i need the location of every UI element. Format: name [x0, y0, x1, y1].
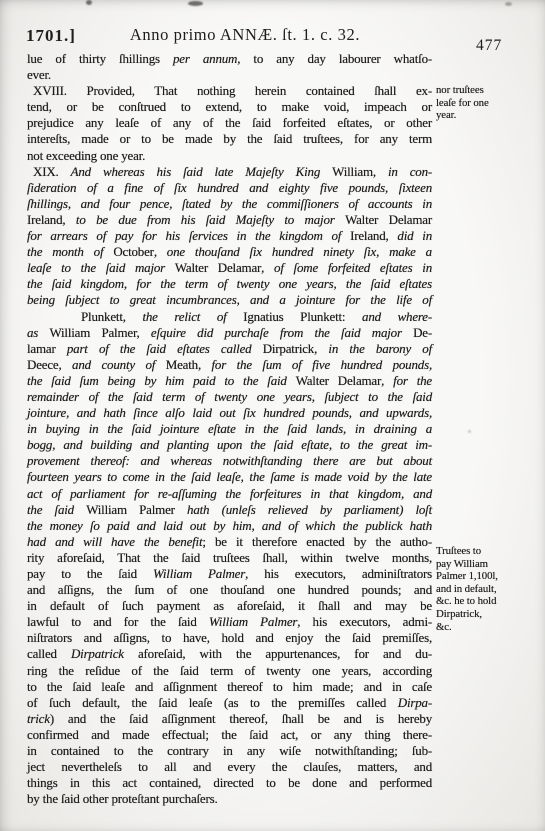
margin-note-line: Truſtees to [436, 545, 542, 558]
text-line: fourteen years to come in the ſaid leaſe… [27, 469, 432, 485]
text-line: in default of ſuch payment as aforeſaid,… [27, 598, 432, 614]
text-line: ſideration of a fine of ſix hundred and … [27, 180, 432, 196]
text-line: ring the reſidue of the ſaid term of twe… [27, 663, 432, 679]
text-line: of ſuch default, the ſaid leaſe (as to t… [27, 695, 432, 711]
margin-note-line: and in default, [436, 583, 542, 596]
text-line: niſtrators and aſſigns, to have, hold an… [27, 630, 432, 646]
text-line: lawful to and for the ſaid William Palme… [27, 614, 432, 630]
margin-note-pay-palmer: Truſtees topay WilliamPalmer 1,100l,and … [436, 545, 542, 633]
text-line: lue of thirty ſhillings per annum, to an… [27, 51, 432, 67]
text-line: for arrears of pay for his ſervices in t… [27, 228, 432, 244]
text-line: as William Palmer, eſquire did purchaſe … [27, 325, 432, 341]
text-line: XVIII. Provided, That nothing herein con… [27, 83, 432, 99]
text-line: the ſaid William Palmer hath (unleſs rel… [27, 502, 432, 518]
scan-speck [86, 0, 92, 5]
text-line: intereſts, made or to be made by the ſai… [27, 131, 432, 147]
margin-note-line: year. [436, 109, 542, 122]
margin-note-line: leaſe for one [436, 97, 542, 110]
margin-note-line: pay William [436, 558, 542, 571]
text-line: trick) and the ſaid aſſignment thereof, … [27, 711, 432, 727]
text-line: remainder of the ſaid term of twenty one… [27, 389, 432, 405]
text-column: lue of thirty ſhillings per annum, to an… [27, 51, 432, 807]
text-line: ever. [27, 67, 432, 83]
text-line: XIX. And whereas his ſaid late Majeſty K… [27, 164, 432, 180]
text-line: called Dirpatrick aforeſaid, with the ap… [27, 646, 432, 662]
scan-speck [188, 1, 203, 6]
text-line: prejudice any leaſe of any of the ſaid f… [27, 115, 432, 131]
scan-speck [505, 2, 512, 6]
margin-note-line: &c. [436, 621, 542, 634]
document-page: 1701.] Anno primo ANNÆ. ſt. 1. c. 32. 47… [0, 0, 545, 831]
text-line: had and will have the benefit; be it the… [27, 534, 432, 550]
text-line: lamar part of the ſaid eſtates called Di… [27, 341, 432, 357]
text-line: tend, or be conſtrued to extend, to make… [27, 99, 432, 115]
text-line: and aſſigns, the ſum of one thouſand one… [27, 582, 432, 598]
text-line: the ſaid ſum being by him paid to the ſa… [27, 373, 432, 389]
text-line: in contained to the contrary in any wiſe… [27, 743, 432, 759]
text-line: confirmed and made effectual; the ſaid a… [27, 727, 432, 743]
margin-note-trustees-lease: nor truſteesleaſe for oneyear. [436, 84, 542, 122]
text-line: in buying in the ſaid jointure eſtate in… [27, 421, 432, 437]
text-line: Ireland, to be due from his ſaid Majeſty… [27, 212, 432, 228]
margin-note-line: Palmer 1,100l, [436, 570, 542, 583]
text-line: jointure, and hath ſince alſo laid out ſ… [27, 405, 432, 421]
header-title: Anno primo ANNÆ. ſt. 1. c. 32. [105, 25, 385, 45]
text-line: provement thereof: and whereas notwithſt… [27, 453, 432, 469]
margin-note-line: &c. he to hold [436, 595, 542, 608]
margin-note-line: Dirpatrick, [436, 608, 542, 621]
text-line: bogg, and building and planting upon the… [27, 437, 432, 453]
text-line: the ſaid kingdom, for the term of twenty… [27, 276, 432, 292]
text-line: Deece, and county of Meath, for the ſum … [27, 357, 432, 373]
text-line: not exceeding one year. [27, 148, 432, 164]
margin-column: nor truſteesleaſe for oneyear.Truſtees t… [436, 0, 542, 831]
text-line: the month of October, one thouſand ſix h… [27, 244, 432, 260]
scan-speck [468, 430, 471, 433]
text-line: leaſe to the ſaid major Walter Delamar, … [27, 260, 432, 276]
text-line: ſhillings, and four pence, ſtated by the… [27, 196, 432, 212]
text-line: things in this act contained, directed t… [27, 775, 432, 791]
text-line: to the ſaid leaſe and aſſignment thereof… [27, 679, 432, 695]
text-line: ject nevertheleſs to all and every the c… [27, 759, 432, 775]
margin-note-line: nor truſtees [436, 84, 542, 97]
text-line: being ſubject to great incumbrances, and… [27, 292, 432, 308]
text-line: rity aforeſaid, That the ſaid truſtees ſ… [27, 550, 432, 566]
text-line: the money ſo paid and laid out by him, a… [27, 518, 432, 534]
header-year-label: 1701.] [26, 26, 76, 46]
text-line: act of parliament for re-aſſuming the fo… [27, 486, 432, 502]
text-line: Plunkett, the relict of Ignatius Plunket… [27, 309, 432, 325]
text-line: pay to the ſaid William Palmer, his exec… [27, 566, 432, 582]
text-line: by the ſaid other proteſtant purchaſers. [27, 791, 432, 807]
